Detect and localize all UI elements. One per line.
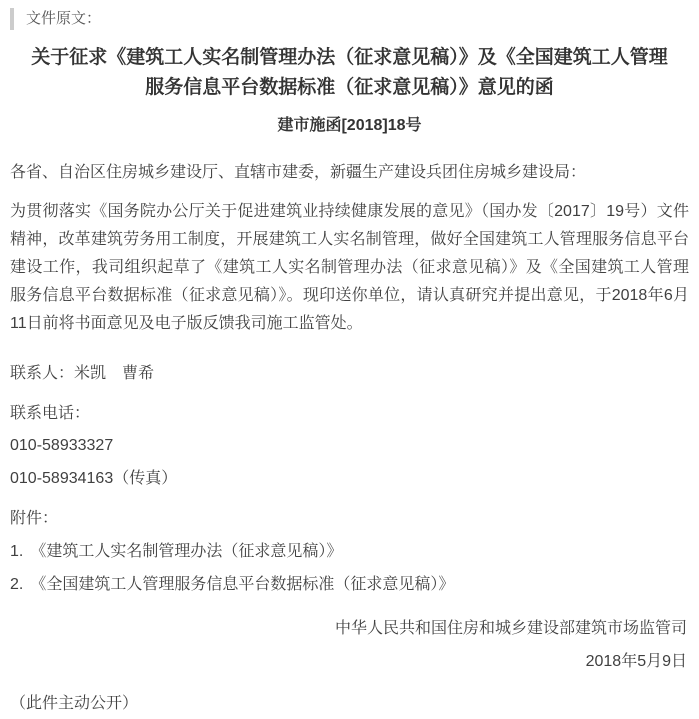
- issue-date: 2018年5月9日: [10, 648, 689, 676]
- attachment-number: 2.: [10, 576, 23, 593]
- contact-phone-label: 联系电话：: [10, 400, 689, 428]
- document-number: 建市施函[2018]18号: [10, 115, 689, 137]
- issuing-department: 中华人民共和国住房和城乡建设部建筑市场监管司: [10, 615, 689, 643]
- contact-person: 联系人：米凯 曹希: [10, 360, 689, 388]
- phone-number-fax: 010-58934163（传真）: [10, 465, 689, 493]
- attachment-item: 1.《建筑工人实名制管理办法（征求意见稿）》: [10, 538, 689, 566]
- document-title: 关于征求《建筑工人实名制管理办法（征求意见稿）》及《全国建筑工人管理服务信息平台…: [24, 43, 675, 103]
- phone-number-1: 010-58933327: [10, 432, 689, 460]
- attachment-title: 《建筑工人实名制管理办法（征求意见稿）》: [30, 543, 342, 560]
- attachment-number: 1.: [10, 543, 23, 560]
- disclosure-note: （此件主动公开）: [10, 690, 689, 718]
- salutation: 各省、自治区住房城乡建设厅、直辖市建委，新疆生产建设兵团住房城乡建设局：: [10, 159, 689, 187]
- attachment-title: 《全国建筑工人管理服务信息平台数据标准（征求意见稿）》: [30, 576, 454, 593]
- origin-label: 文件原文：: [10, 8, 689, 30]
- body-paragraph: 为贯彻落实《国务院办公厅关于促进建筑业持续健康发展的意见》（国办发〔2017〕1…: [10, 198, 689, 338]
- attachment-item: 2.《全国建筑工人管理服务信息平台数据标准（征求意见稿）》: [10, 571, 689, 599]
- attachments-label: 附件：: [10, 505, 689, 533]
- document-page: 文件原文： 关于征求《建筑工人实名制管理办法（征求意见稿）》及《全国建筑工人管理…: [0, 8, 699, 718]
